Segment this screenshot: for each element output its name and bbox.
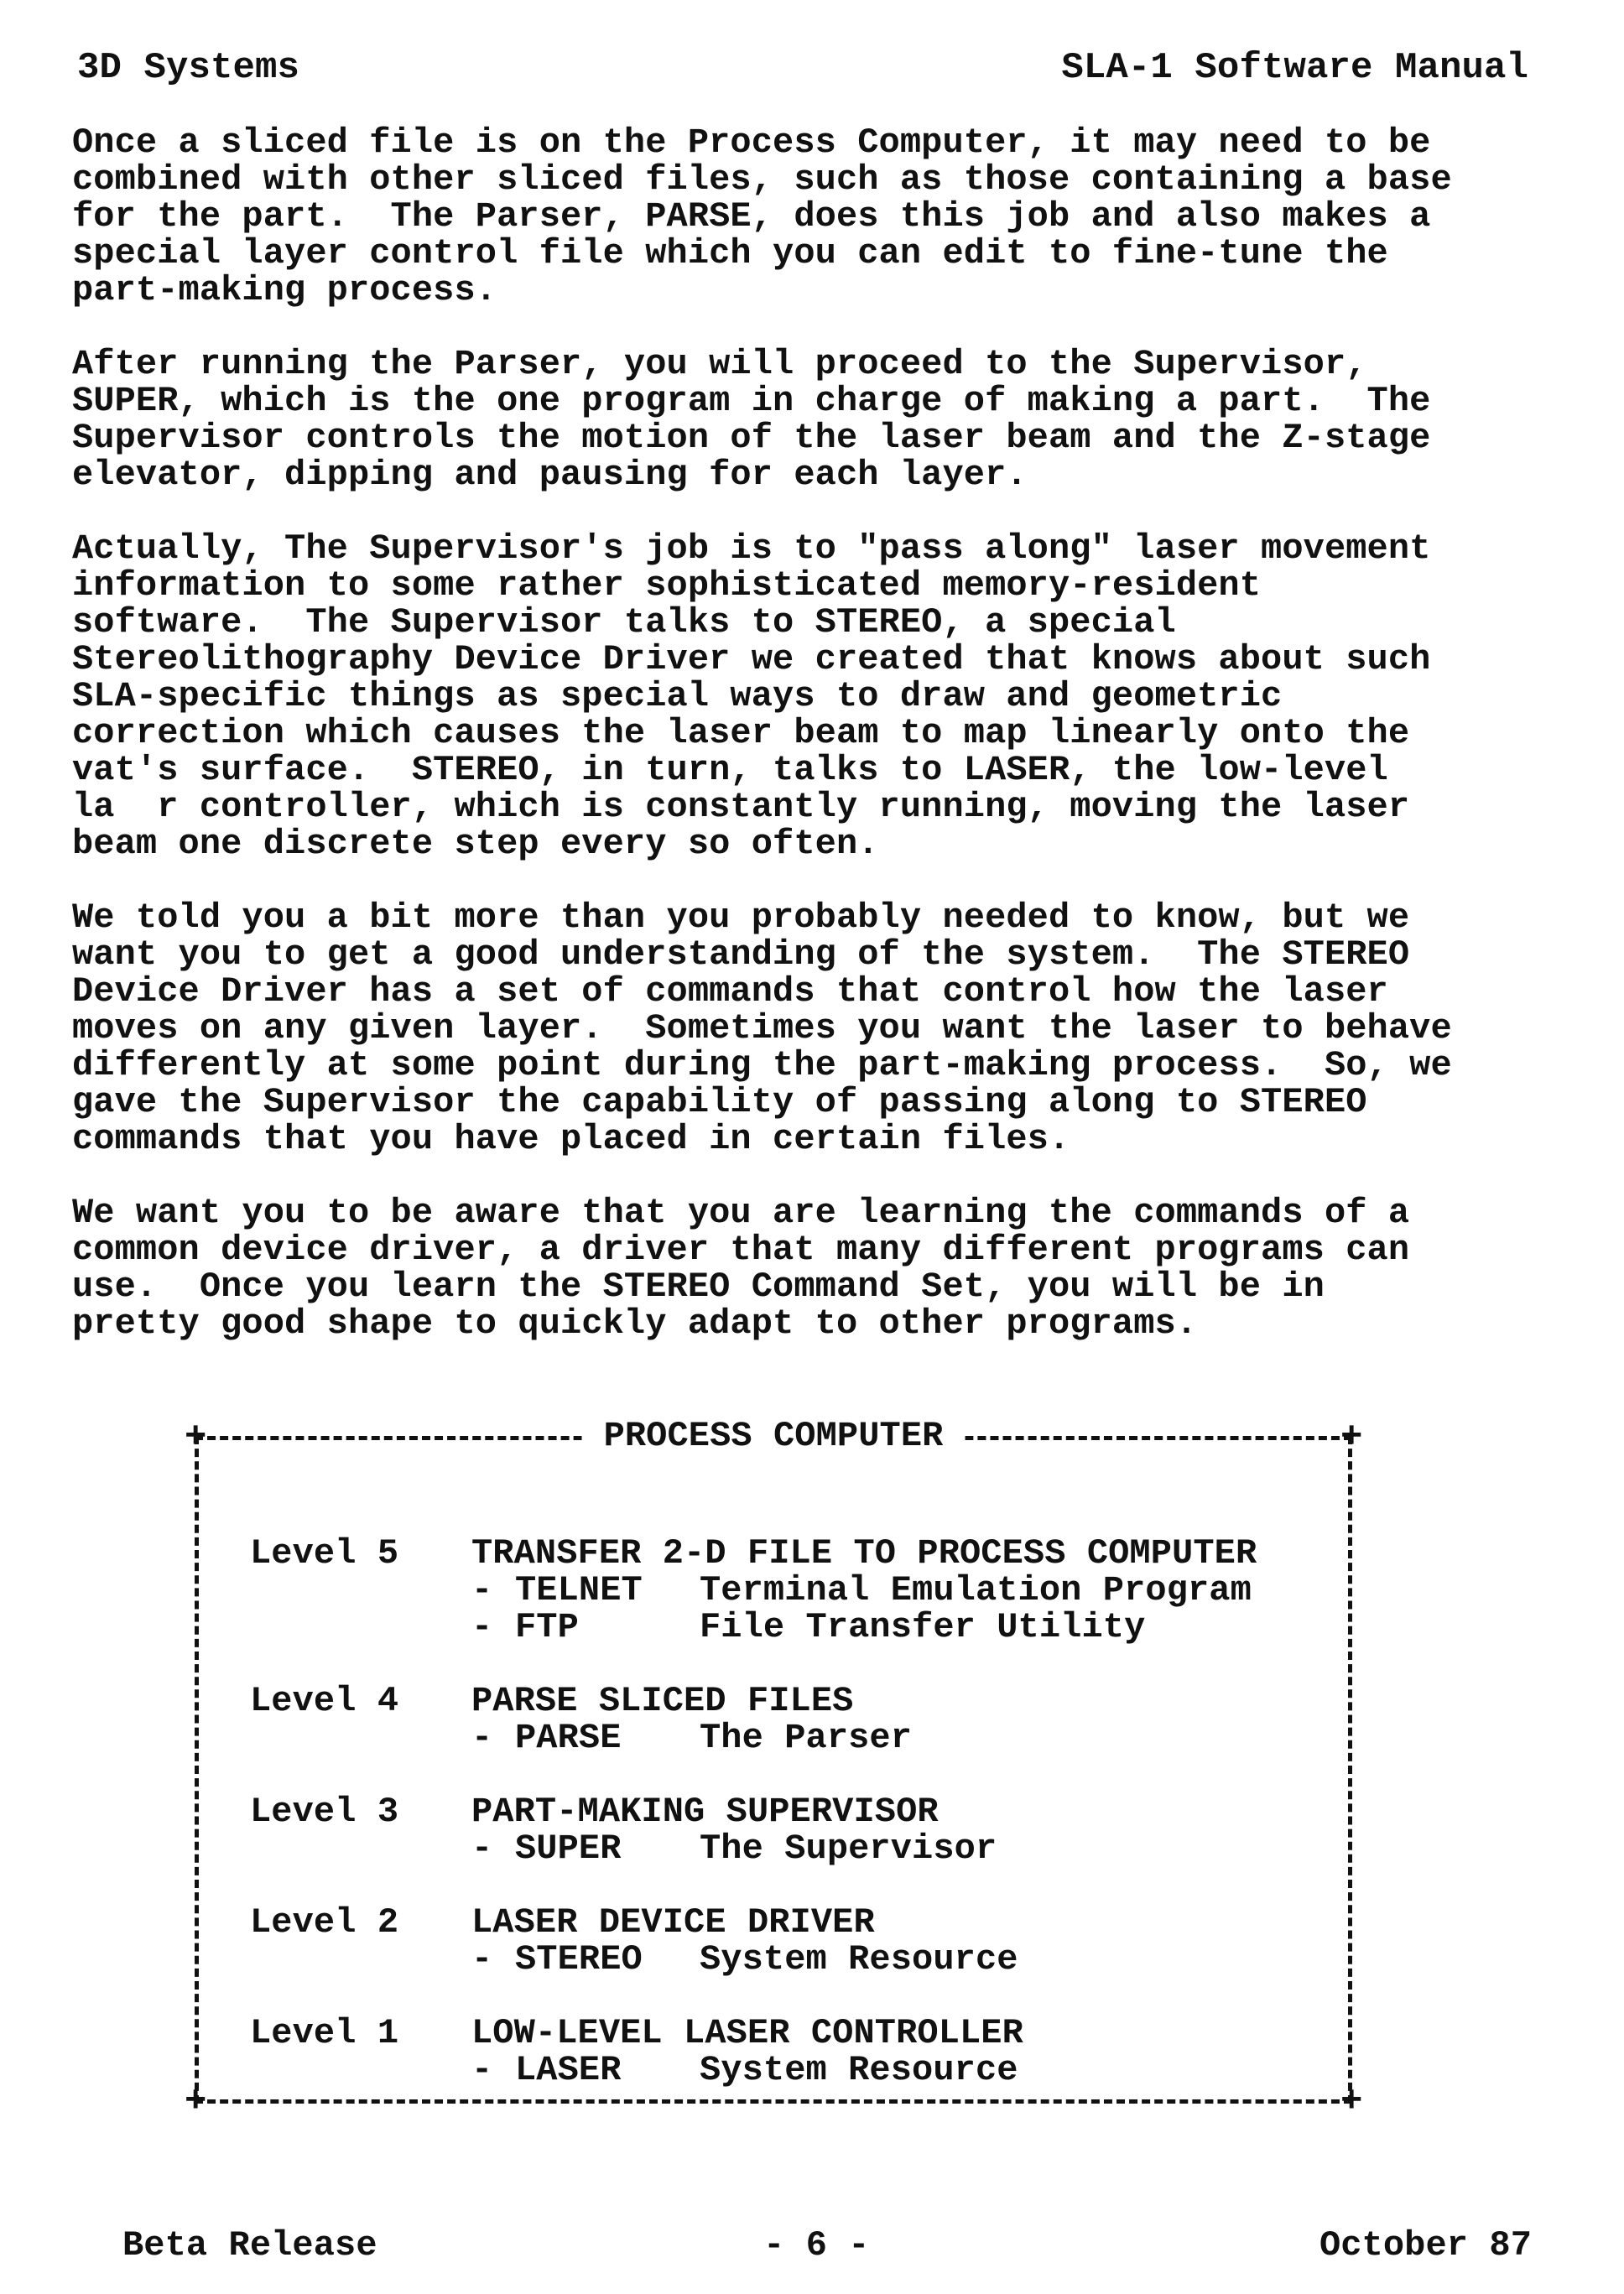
body-text: Once a sliced file is on the Process Com… [72, 124, 1565, 1379]
text-line: Once a sliced file is on the Process Com… [72, 124, 1565, 161]
bullet-dash-icon: - [471, 1830, 515, 1867]
bullet-dash-icon: - [471, 1609, 515, 1646]
diagram-title: PROCESS COMPUTER [582, 1417, 966, 1454]
program-entry: -TELNETTerminal Emulation Program [471, 1572, 1252, 1609]
page-header: 3D Systems SLA-1 Software Manual [77, 47, 1528, 89]
footer-release: Beta Release [122, 2227, 377, 2264]
text-line: gave the Supervisor the capability of pa… [72, 1084, 1565, 1121]
corner-plus-icon: + [1340, 1419, 1362, 1456]
program-role: The Parser [700, 1718, 912, 1758]
program-name: STEREO [515, 1941, 700, 1978]
text-line: part-making process. [72, 272, 1565, 309]
text-line: correction which causes the laser beam t… [72, 715, 1565, 752]
level-label: Level 3 [250, 1793, 398, 1830]
text-line: beam one discrete step every so often. [72, 825, 1565, 862]
corner-plus-icon: + [185, 1419, 206, 1456]
level-description: LASER DEVICE DRIVER [471, 1904, 875, 1941]
paragraph: We told you a bit more than you probably… [72, 899, 1565, 1157]
text-line: software. The Supervisor talks to STEREO… [72, 604, 1565, 641]
level-label: Level 5 [250, 1535, 398, 1572]
program-name: TELNET [515, 1572, 700, 1609]
text-line: information to some rather sophisticated… [72, 567, 1565, 604]
text-line: vat's surface. STEREO, in turn, talks to… [72, 752, 1565, 788]
text-line: We want you to be aware that you are lea… [72, 1194, 1565, 1231]
footer-page-number: - 6 - [763, 2227, 870, 2264]
program-entry: -SUPERThe Supervisor [471, 1830, 997, 1867]
text-line: SUPER, which is the one program in charg… [72, 382, 1565, 419]
paragraph: Actually, The Supervisor's job is to "pa… [72, 530, 1565, 862]
program-role: The Supervisor [700, 1828, 997, 1869]
text-line: Stereolithography Device Driver we creat… [72, 641, 1565, 678]
bullet-dash-icon: - [471, 1572, 515, 1609]
text-line: Actually, The Supervisor's job is to "pa… [72, 530, 1565, 567]
bullet-dash-icon: - [471, 1719, 515, 1756]
level-description: LOW-LEVEL LASER CONTROLLER [471, 2015, 1023, 2052]
program-role: System Resource [700, 1939, 1018, 1979]
text-line: Supervisor controls the motion of the la… [72, 419, 1565, 456]
paragraph: Once a sliced file is on the Process Com… [72, 124, 1565, 309]
text-line: Device Driver has a set of commands that… [72, 973, 1565, 1010]
text-line: differently at some point during the par… [72, 1047, 1565, 1084]
program-entry: -LASERSystem Resource [471, 2052, 1018, 2089]
program-role: File Transfer Utility [700, 1607, 1145, 1647]
program-name: SUPER [515, 1830, 700, 1867]
manual-page: 3D Systems SLA-1 Software Manual Once a … [0, 0, 1624, 2294]
program-name: PARSE [515, 1719, 700, 1756]
header-company: 3D Systems [77, 47, 299, 89]
text-line: moves on any given layer. Sometimes you … [72, 1010, 1565, 1047]
text-line: want you to get a good understanding of … [72, 936, 1565, 973]
corner-plus-icon: + [185, 2083, 206, 2120]
page-footer: Beta Release - 6 - October 87 [122, 2227, 1532, 2269]
text-line: elevator, dipping and pausing for each l… [72, 456, 1565, 493]
text-line: for the part. The Parser, PARSE, does th… [72, 198, 1565, 235]
text-line: special layer control file which you can… [72, 235, 1565, 272]
text-line: We told you a bit more than you probably… [72, 899, 1565, 936]
text-line: pretty good shape to quickly adapt to ot… [72, 1305, 1565, 1342]
text-line: commands that you have placed in certain… [72, 1121, 1565, 1157]
program-entry: -STEREOSystem Resource [471, 1941, 1018, 1978]
level-description: PARSE SLICED FILES [471, 1683, 853, 1719]
text-line: common device driver, a driver that many… [72, 1231, 1565, 1268]
program-name: LASER [515, 2052, 700, 2089]
paragraph: We want you to be aware that you are lea… [72, 1194, 1565, 1342]
text-line: combined with other sliced files, such a… [72, 161, 1565, 198]
program-name: FTP [515, 1609, 700, 1646]
program-entry: -PARSEThe Parser [471, 1719, 912, 1756]
header-manual-title: SLA-1 Software Manual [1061, 47, 1528, 89]
text-line: SLA-specific things as special ways to d… [72, 678, 1565, 715]
process-computer-diagram: + + + + PROCESS COMPUTER Level 5TRANSFER… [186, 1417, 1361, 2119]
text-line: After running the Parser, you will proce… [72, 346, 1565, 382]
program-role: System Resource [700, 2050, 1018, 2090]
corner-plus-icon: + [1340, 2083, 1362, 2120]
paragraph: After running the Parser, you will proce… [72, 346, 1565, 493]
program-role: Terminal Emulation Program [700, 1570, 1252, 1610]
text-line: la r controller, which is constantly run… [72, 788, 1565, 825]
level-description: PART-MAKING SUPERVISOR [471, 1793, 939, 1830]
level-label: Level 2 [250, 1904, 398, 1941]
text-line: use. Once you learn the STEREO Command S… [72, 1268, 1565, 1305]
level-label: Level 4 [250, 1683, 398, 1719]
level-description: TRANSFER 2-D FILE TO PROCESS COMPUTER [471, 1535, 1257, 1572]
program-entry: -FTPFile Transfer Utility [471, 1609, 1145, 1646]
level-label: Level 1 [250, 2015, 398, 2052]
bullet-dash-icon: - [471, 1941, 515, 1978]
bullet-dash-icon: - [471, 2052, 515, 2089]
footer-date: October 87 [1319, 2227, 1532, 2264]
